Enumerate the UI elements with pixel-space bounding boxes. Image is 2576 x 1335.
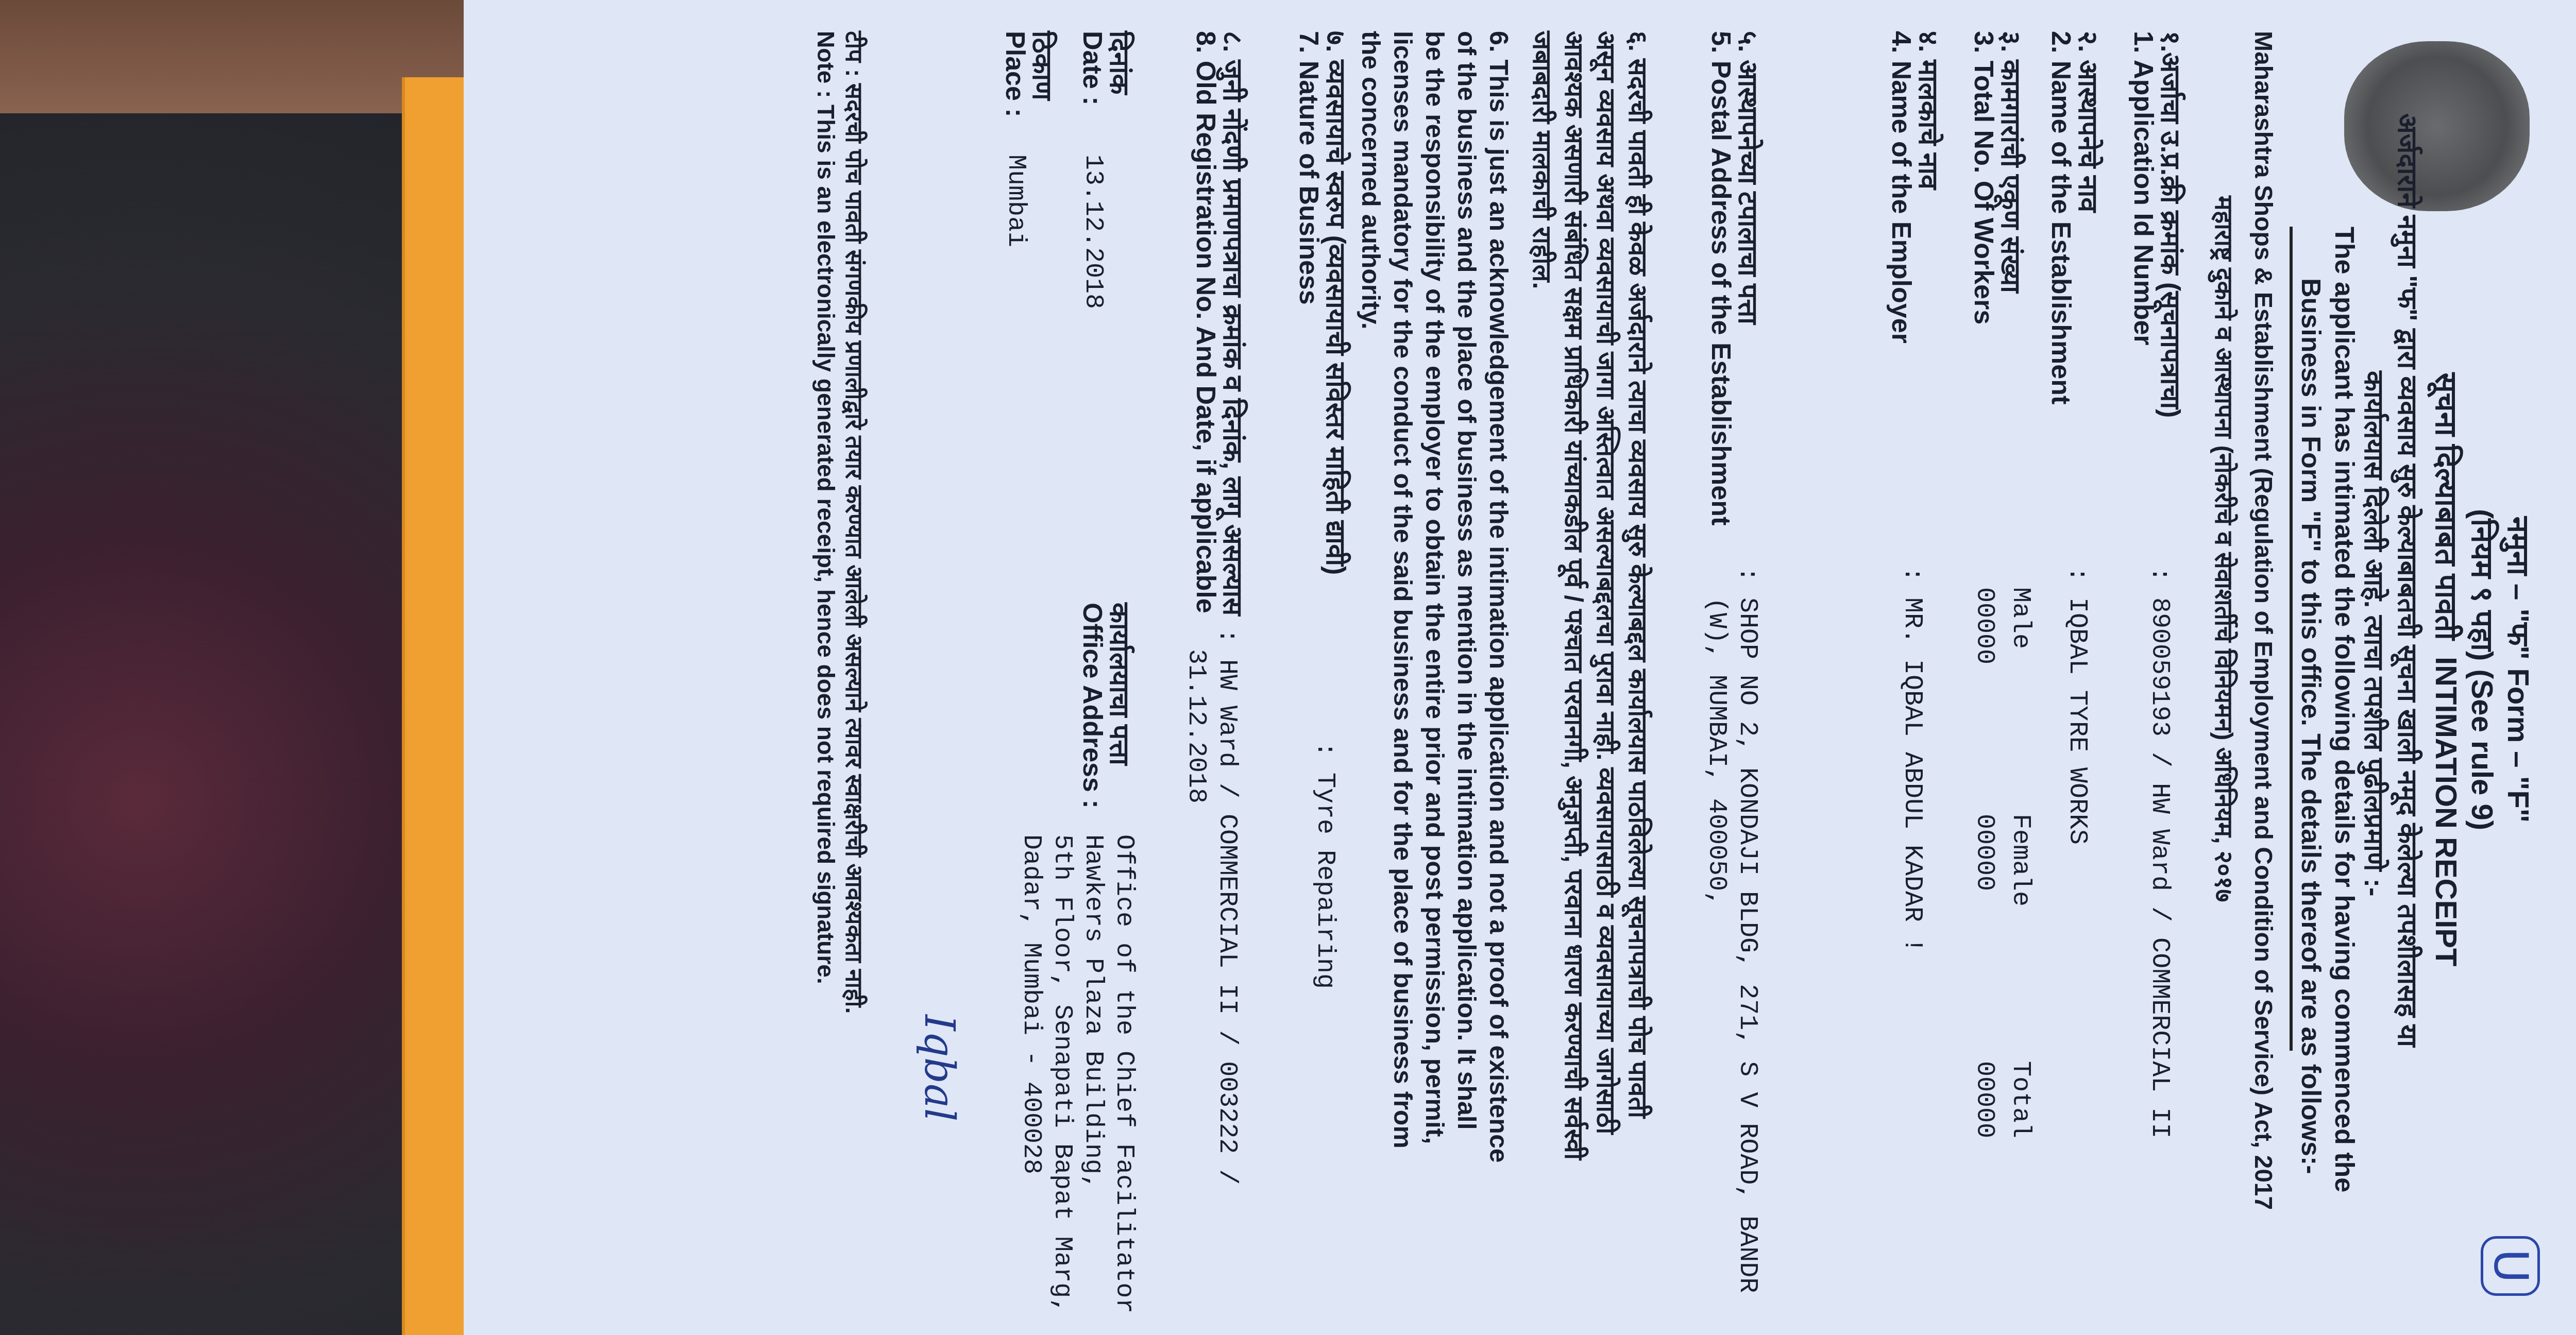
nature-value: : Tyre Repairing [1310, 742, 1340, 989]
nature-label: 7. Nature of Business [1293, 31, 1324, 305]
disclaimer-english: 6. This is just an acknowledgement of th… [1355, 31, 1515, 1164]
employer-value: : MR. IQBAL ABDUL KADAR ! [1897, 567, 1927, 953]
field-label-application-id: 1. Application Id Number [2128, 31, 2159, 346]
office-address-line: Hawkers Plaza Building, [1078, 834, 1108, 1190]
office-label: Office Address : [1077, 603, 1108, 809]
establishment-value: : IQBAL TYRE WORKS [2062, 567, 2092, 845]
field-label-employer: 4. Name of the Employer [1886, 31, 1917, 344]
old-registration-value: : HW Ward / COMMERCIAL II / 003222 / [1212, 628, 1242, 1185]
workers-female-header: Female [2006, 814, 2035, 906]
signature: Iqbal [916, 1015, 963, 1121]
workers-total-value: 00000 [1970, 1061, 1999, 1138]
workers-female-value: 00000 [1970, 814, 1999, 891]
old-registration-label: 8. Old Registration No. And Date, if app… [1190, 31, 1221, 613]
field-label-postal-address: 5. Postal Address of the Establishment [1705, 31, 1736, 525]
office-address-line: 5th Floor, Senapati Bapat Marg, [1047, 834, 1077, 1313]
field-label-workers: 3. Total No. Of Workers [1968, 31, 1999, 324]
old-registration-date: 31.12.2018 [1181, 649, 1211, 803]
postal-address-value: : SHOP NO 2, KONDAJI BLDG, 271, S V ROAD… [1733, 567, 1762, 1293]
field-label-establishment: 2. Name of the Establishment [2045, 31, 2076, 404]
disclaimer-marathi: ६. सदरची पावती ही केवळ अर्जदाराने त्याचा… [1526, 31, 1654, 1164]
workers-total-header: Total [2006, 1061, 2035, 1138]
date-label: Date : [1077, 31, 1108, 105]
date-value: 13.12.2018 [1078, 155, 1108, 309]
place-label: Place : [999, 31, 1030, 117]
note-english: Note : This is an electronically generat… [812, 31, 840, 984]
form-title: नमुना – "फ" Form – "F" [2499, 10, 2540, 1329]
intro-marathi-2: कार्यालयास दिलेली आहे. त्याचा तपशील पुढी… [2357, 371, 2393, 896]
intro-english-2: Business in Form "F" to this office. The… [2295, 278, 2326, 1174]
rule-reference: (नियम ९ पहा) (See rule 9) [2463, 10, 2504, 1329]
workers-male-header: Male [2006, 587, 2035, 649]
place-value: Mumbai [1001, 155, 1030, 247]
office-address-line: Dadar, Mumbai - 400028 [1016, 834, 1046, 1174]
note-marathi: टीप : सदरची पोच पावती संगणकीय प्रणालीद्व… [839, 31, 871, 1014]
workers-male-value: 00000 [1970, 587, 1999, 664]
divider [2290, 227, 2293, 1051]
intro-english: The applicant has intimated the followin… [2329, 227, 2360, 1192]
postal-address-value-2: (W), MUMBAI, 400050, [1702, 597, 1731, 906]
application-id-value: : 890059193 / HW Ward / COMMERCIAL II [2145, 567, 2174, 1138]
office-address-line: Office of the Chief Facilitator [1109, 834, 1139, 1313]
intimation-receipt: U नमुना – "फ" Form – "F" (नियम ९ पहा) (S… [469, 10, 2571, 1329]
act-title-marathi: महाराष्ट्र दुकाने व आस्थापना (नोकरीचे व … [2208, 196, 2241, 902]
background-cloth [0, 0, 464, 1335]
intro-marathi: अर्जदाराने नमुना "फ" द्वारा व्यवसाय सुरु… [2390, 113, 2427, 1047]
receipt-title: सूचना दिल्याबाबत पावती INTIMATION RECEIP… [2427, 10, 2468, 1329]
act-title: Maharashtra Shops & Establishment (Regul… [2249, 31, 2277, 1210]
